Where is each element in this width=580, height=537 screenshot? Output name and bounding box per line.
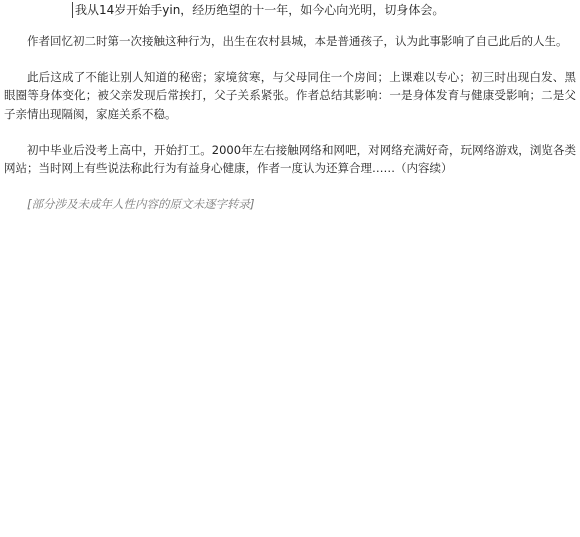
paragraph-2: 此后这成了不能让别人知道的秘密；家境贫寒，与父母同住一个房间；上课难以专心；初三… [4,68,576,123]
document-title: 我从14岁开始手yin，经历绝望的十一年，如今心向光明，切身体会。 [72,2,444,18]
document-page: 我从14岁开始手yin，经历绝望的十一年，如今心向光明，切身体会。 作者回忆初二… [0,0,580,537]
paragraph-3: 初中毕业后没考上高中，开始打工。2000年左右接触网络和网吧，对网络充满好奇，玩… [4,141,576,177]
document-body: 作者回忆初二时第一次接触这种行为，出生在农村县城，本是普通孩子，认为此事影响了自… [4,32,576,231]
paragraph-1: 作者回忆初二时第一次接触这种行为，出生在农村县城，本是普通孩子，认为此事影响了自… [4,32,576,50]
omission-note: [部分涉及未成年人性内容的原文未逐字转录] [4,195,576,213]
